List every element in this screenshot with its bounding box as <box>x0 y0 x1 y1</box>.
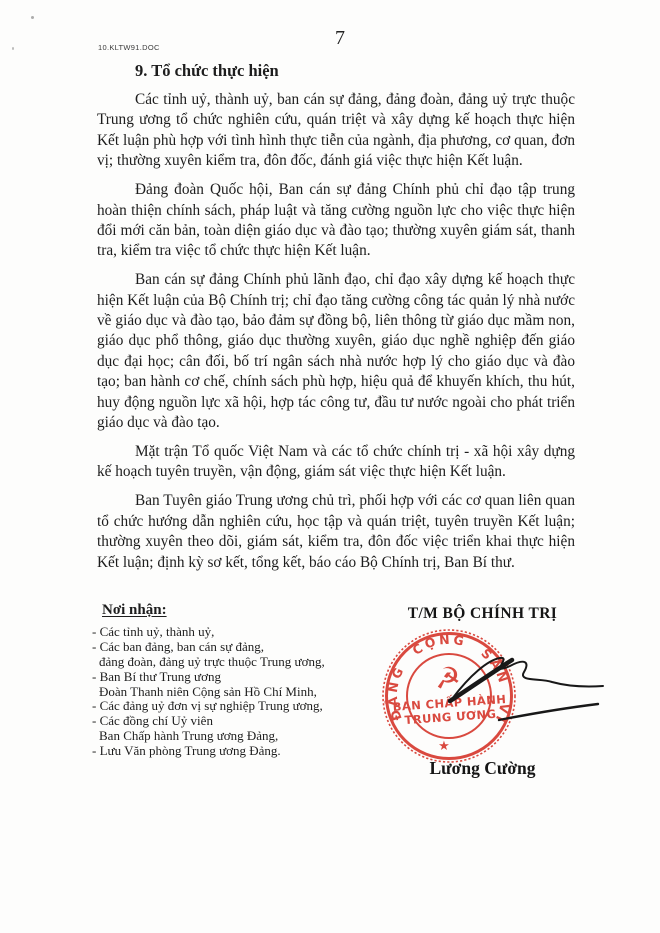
signer-name: Lương Cường <box>355 758 610 779</box>
page-number: 7 <box>300 27 380 50</box>
recipient-line: - Các đồng chí Uỷ viên <box>92 714 392 729</box>
recipient-line: - Các tỉnh uỷ, thành uỷ, <box>92 625 392 640</box>
handwritten-signature <box>428 646 613 734</box>
paragraph: Mặt trận Tổ quốc Việt Nam và các tổ chức… <box>97 442 575 483</box>
paragraph: Ban Tuyên giáo Trung ương chủ trì, phối … <box>97 491 575 573</box>
recipient-line: - Các đảng uỷ đơn vị sự nghiệp Trung ươn… <box>92 699 392 714</box>
recipient-line: - Ban Bí thư Trung ương <box>92 670 392 685</box>
authority-title: T/M BỘ CHÍNH TRỊ <box>355 605 610 623</box>
star-icon: ★ <box>438 739 450 754</box>
recipient-line: Ban Chấp hành Trung ương Đảng, <box>92 729 392 744</box>
signature-stroke <box>452 658 603 699</box>
document-body: 9. Tổ chức thực hiện Các tỉnh uỷ, thành … <box>97 61 575 581</box>
paragraph: Các tỉnh uỷ, thành uỷ, ban cán sự đảng, … <box>97 90 575 172</box>
recipient-line: - Lưu Văn phòng Trung ương Đảng. <box>92 744 392 759</box>
paragraph: Đảng đoàn Quốc hội, Ban cán sự đảng Chín… <box>97 180 575 262</box>
paragraph: Ban cán sự đảng Chính phủ lãnh đạo, chỉ … <box>97 270 575 433</box>
recipients-block: Nơi nhận: - Các tỉnh uỷ, thành uỷ, - Các… <box>92 603 392 759</box>
doc-filename-label: 10.KLTW91.DOC <box>98 43 160 52</box>
document-page: 10.KLTW91.DOC 7 9. Tổ chức thực hiện Các… <box>0 0 660 933</box>
recipient-line: Đoàn Thanh niên Cộng sản Hồ Chí Minh, <box>92 685 392 700</box>
scan-speck <box>12 47 14 50</box>
signature-stroke <box>499 704 598 720</box>
scan-speck <box>31 16 34 19</box>
section-heading: 9. Tổ chức thực hiện <box>135 61 575 81</box>
recipient-line: - Các ban đảng, ban cán sự đảng, <box>92 640 392 655</box>
recipient-line: đảng đoàn, đảng uỷ trực thuộc Trung ương… <box>92 655 392 670</box>
signature-stroke <box>450 660 512 701</box>
recipients-heading: Nơi nhận: <box>102 603 392 618</box>
